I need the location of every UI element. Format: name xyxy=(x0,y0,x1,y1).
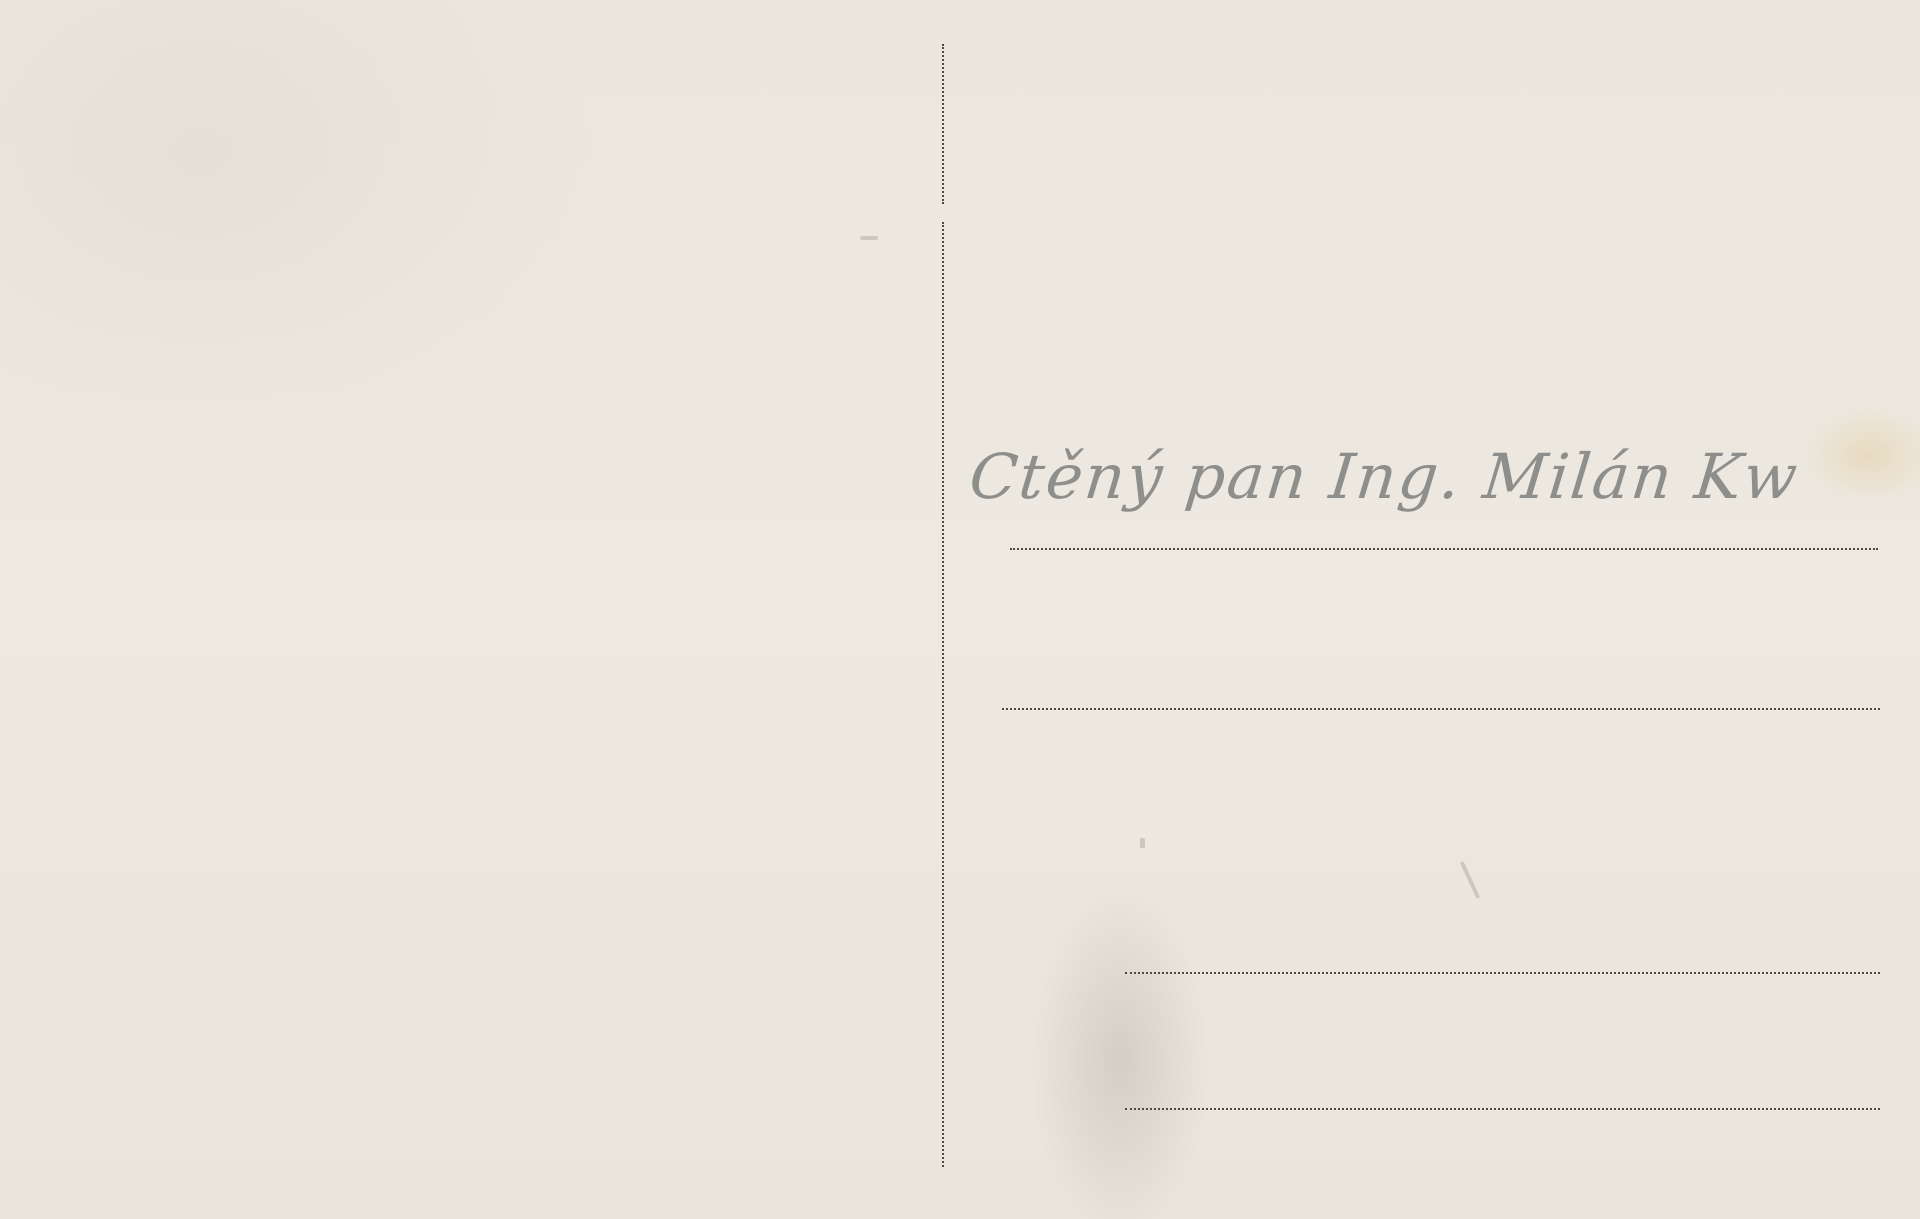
address-line-3 xyxy=(1125,972,1880,974)
paper-fiber xyxy=(860,236,878,240)
address-line-2 xyxy=(1002,708,1880,710)
paper-fiber xyxy=(1140,838,1145,848)
address-line-4 xyxy=(1125,1108,1880,1110)
handwritten-addressee: Ctěný pan Ing. Milán Kw xyxy=(966,440,1802,513)
address-line-1 xyxy=(1010,548,1878,550)
postcard-back: Ctěný pan Ing. Milán Kw xyxy=(0,0,1920,1219)
paper-fiber xyxy=(1460,861,1481,899)
message-address-divider-upper xyxy=(942,44,944,204)
message-address-divider-lower xyxy=(942,222,944,1167)
